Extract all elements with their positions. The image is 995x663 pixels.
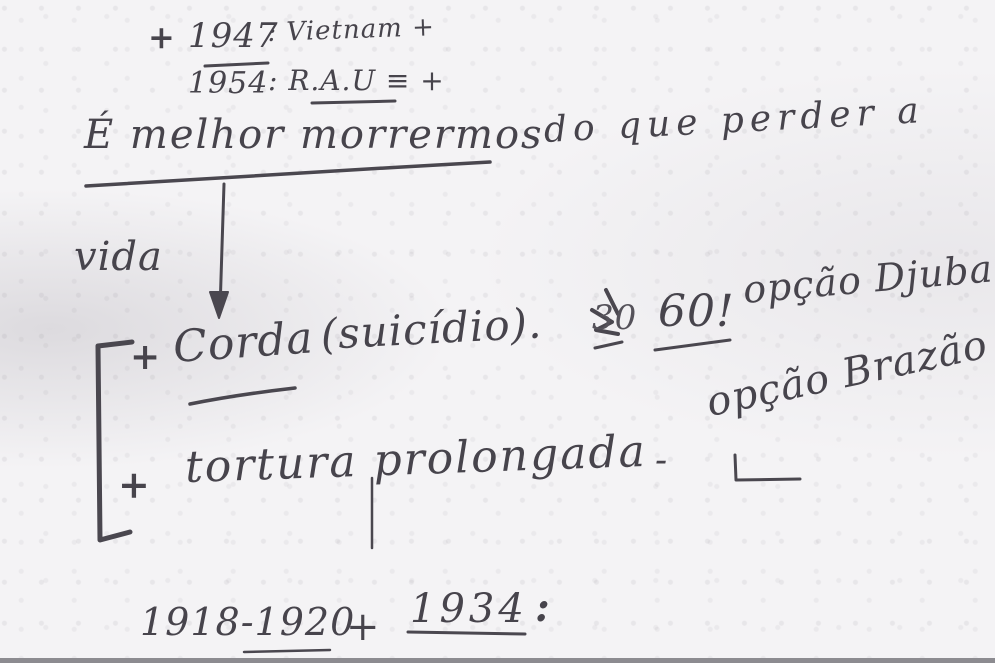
header-1-text: : Vietnam + xyxy=(267,12,435,48)
item-1-sixty: 60! xyxy=(658,286,735,337)
item-2-dash: - xyxy=(655,440,668,481)
footer-plus: + xyxy=(346,604,381,650)
footer-years: 1918-1920 xyxy=(140,600,355,644)
underline-corda xyxy=(190,388,295,404)
word-vida: vida xyxy=(74,234,163,280)
corner-mark xyxy=(735,455,800,480)
item-1-rest: opção Djuba xyxy=(741,246,995,312)
header-2-text: : R.A.U ≡ + xyxy=(268,64,445,97)
item-1-suicidio: (suicídio). xyxy=(319,298,543,359)
main-heading-underlined: É melhor morrermos xyxy=(84,112,544,158)
underline-1920 xyxy=(244,650,330,652)
item-2-text: tortura prolongada xyxy=(184,426,647,493)
down-arrow-icon xyxy=(220,184,224,310)
footer-1934: 1934 xyxy=(410,586,528,632)
scan-bottom-edge xyxy=(0,658,995,663)
item-1-struck-number: 30 xyxy=(592,298,637,338)
underline-30 xyxy=(595,342,622,348)
main-heading-rest: do que perder a xyxy=(543,90,926,151)
underline-rau xyxy=(312,101,395,103)
arrow-head-icon xyxy=(210,292,228,318)
year-1947: 1947 xyxy=(188,16,279,56)
scanned-handwritten-page: + 1947 : Vietnam + 1954 : R.A.U ≡ + É me… xyxy=(0,0,995,658)
left-bracket-icon xyxy=(98,342,132,540)
underline-1934 xyxy=(408,632,525,634)
footer-colon: : xyxy=(535,584,551,631)
bullet-plus: + xyxy=(148,18,176,56)
year-1954: 1954 xyxy=(188,66,268,101)
item-1-corda: Corda xyxy=(171,312,315,373)
item-2-rest: opção Brazão xyxy=(702,322,991,426)
underline-60 xyxy=(655,340,730,350)
item-1-bullet: + xyxy=(130,336,161,378)
item-2-bullet: + xyxy=(118,462,151,507)
underline-main-heading xyxy=(86,162,490,186)
